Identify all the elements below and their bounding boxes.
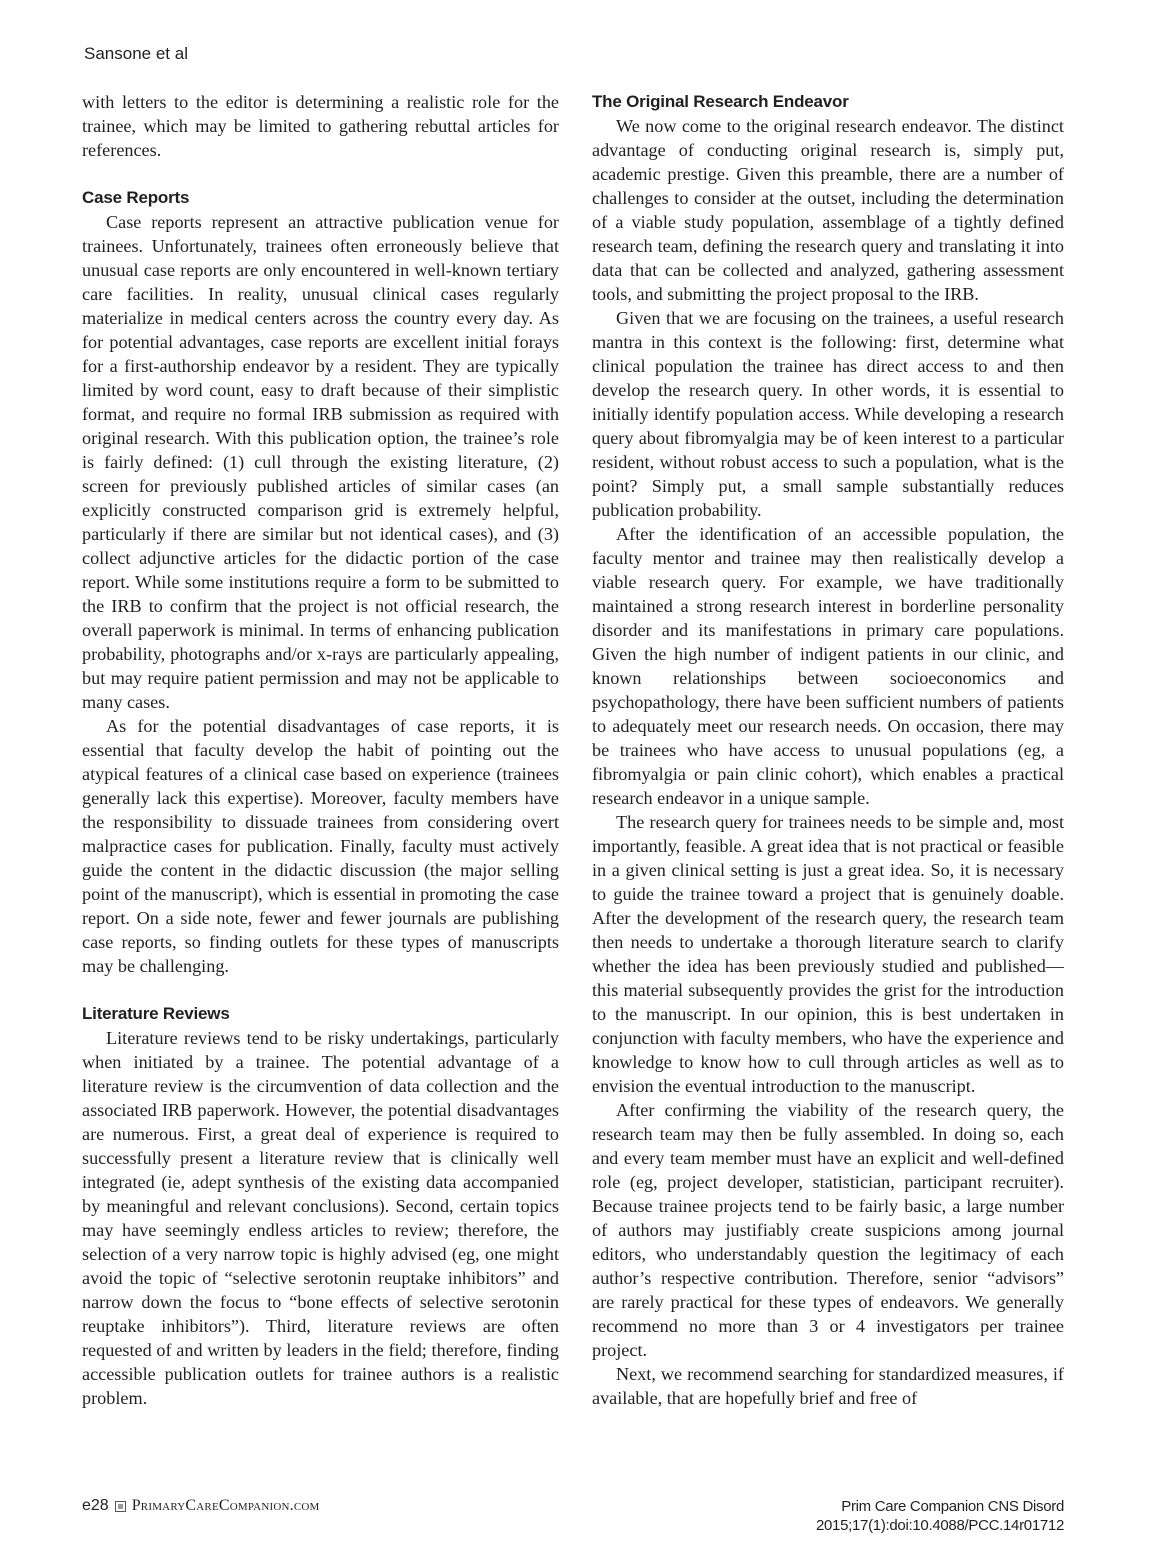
footer-citation: Prim Care Companion CNS Disord 2015;17(1… bbox=[816, 1497, 1064, 1535]
paragraph: Given that we are focusing on the traine… bbox=[592, 306, 1064, 522]
paragraph: The research query for trainees needs to… bbox=[592, 810, 1064, 1098]
doi-citation: 2015;17(1):doi:10.4088/PCC.14r01712 bbox=[816, 1516, 1064, 1535]
paragraph: After confirming the viability of the re… bbox=[592, 1098, 1064, 1362]
paragraph: We now come to the original research end… bbox=[592, 114, 1064, 306]
paragraph: As for the potential disadvantages of ca… bbox=[82, 714, 559, 978]
paragraph: After the identification of an accessibl… bbox=[592, 522, 1064, 810]
footer-left: e28 PrimaryCareCompanion.com bbox=[82, 1497, 319, 1515]
paragraph: Literature reviews tend to be risky unde… bbox=[82, 1026, 559, 1410]
section-heading-case-reports: Case Reports bbox=[82, 186, 559, 210]
journal-name: Prim Care Companion CNS Disord bbox=[816, 1497, 1064, 1516]
page-number: e28 bbox=[82, 1497, 109, 1515]
running-head: Sansone et al bbox=[84, 44, 188, 64]
paragraph: Next, we recommend searching for standar… bbox=[592, 1362, 1064, 1410]
section-heading-literature-reviews: Literature Reviews bbox=[82, 1002, 559, 1026]
paragraph: Case reports represent an attractive pub… bbox=[82, 210, 559, 714]
website-link[interactable]: PrimaryCareCompanion.com bbox=[132, 1497, 320, 1515]
left-column: with letters to the editor is determinin… bbox=[82, 90, 559, 1410]
square-bullet-icon bbox=[115, 1501, 126, 1512]
right-column: The Original Research Endeavor We now co… bbox=[592, 90, 1064, 1410]
continuation-paragraph: with letters to the editor is determinin… bbox=[82, 90, 559, 162]
section-heading-original-research: The Original Research Endeavor bbox=[592, 90, 1064, 114]
